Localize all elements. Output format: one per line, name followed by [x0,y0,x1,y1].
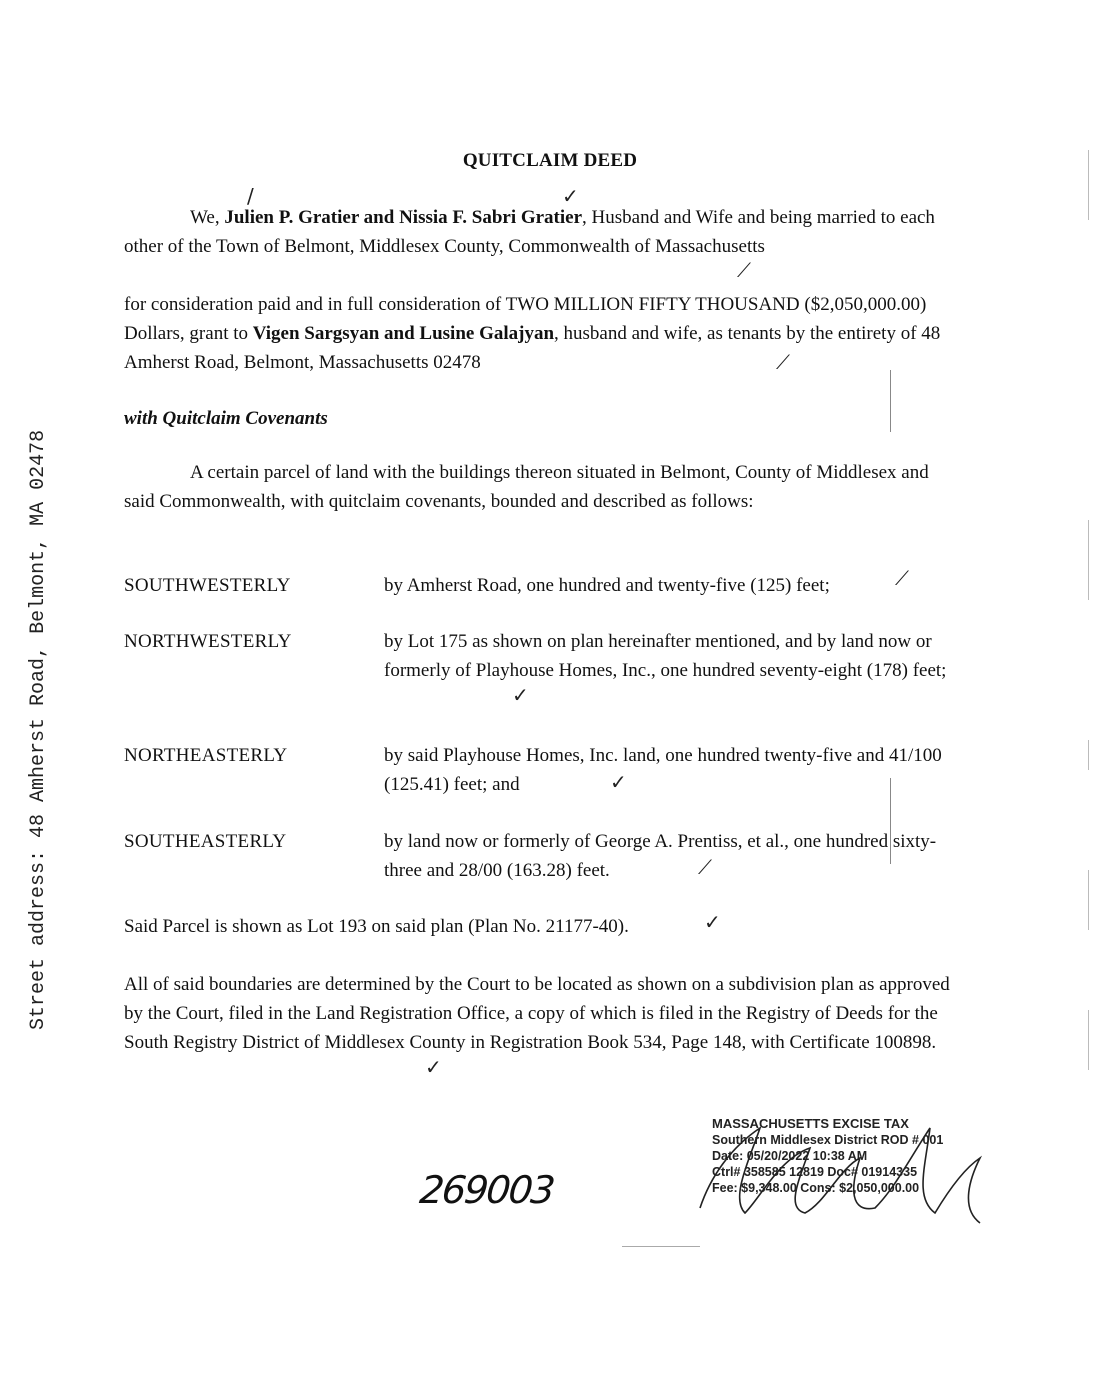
boundary-description: by land now or formerly of George A. Pre… [384,827,964,885]
check-mark-icon: / [247,184,254,208]
grantor-intro: We, [190,207,224,228]
parcel-description: A certain parcel of land with the buildi… [124,458,964,516]
grantor-paragraph: We, Julien P. Gratier and Nissia F. Sabr… [124,203,964,261]
scan-artifact-line [1088,520,1089,600]
boundary-direction: SOUTHWESTERLY [124,571,374,600]
check-mark-icon: ✓ [425,1055,442,1079]
boundary-description: by Amherst Road, one hundred and twenty-… [384,571,964,600]
check-mark-icon: ✓ [512,683,529,707]
grantee-names: Vigen Sargsyan and Lusine Galajyan [253,323,554,344]
grantor-names: Julien P. Gratier and Nissia F. Sabri Gr… [224,207,582,228]
scan-artifact-line [890,370,891,432]
scan-artifact-line [1088,1010,1089,1070]
check-mark-icon: ⟋ [895,566,909,590]
covenants-heading: with Quitclaim Covenants [124,404,964,433]
signature-scribble-icon [690,1118,990,1228]
boundary-direction: NORTHWESTERLY [124,627,374,656]
registration-statement: All of said boundaries are determined by… [124,970,964,1057]
boundary-description: by said Playhouse Homes, Inc. land, one … [384,741,964,799]
deed-page: QUITCLAIM DEED We, Julien P. Gratier and… [0,0,1100,1390]
check-mark-icon: ✓ [610,770,627,794]
scan-artifact-dash [622,1246,700,1247]
lot-statement: Said Parcel is shown as Lot 193 on said … [124,912,964,941]
scan-artifact-line [1088,740,1089,770]
boundary-direction: NORTHEASTERLY [124,741,374,770]
handwritten-number: 269003 [418,1168,556,1212]
check-mark-icon: ⟋ [776,350,790,374]
check-mark-icon: ✓ [562,184,579,208]
consideration-paragraph: for consideration paid and in full consi… [124,290,964,377]
scan-artifact-line [890,778,891,864]
document-title: QUITCLAIM DEED [0,150,1100,172]
check-mark-icon: ⟋ [737,258,751,282]
boundary-direction: SOUTHEASTERLY [124,827,374,856]
check-mark-icon: ⟋ [698,855,712,879]
margin-street-address: Street address: 48 Amherst Road, Belmont… [27,430,50,1030]
check-mark-icon: ✓ [704,910,721,934]
scan-artifact-line [1088,150,1089,220]
scan-artifact-line [1088,870,1089,930]
boundary-description: by Lot 175 as shown on plan hereinafter … [384,627,964,685]
